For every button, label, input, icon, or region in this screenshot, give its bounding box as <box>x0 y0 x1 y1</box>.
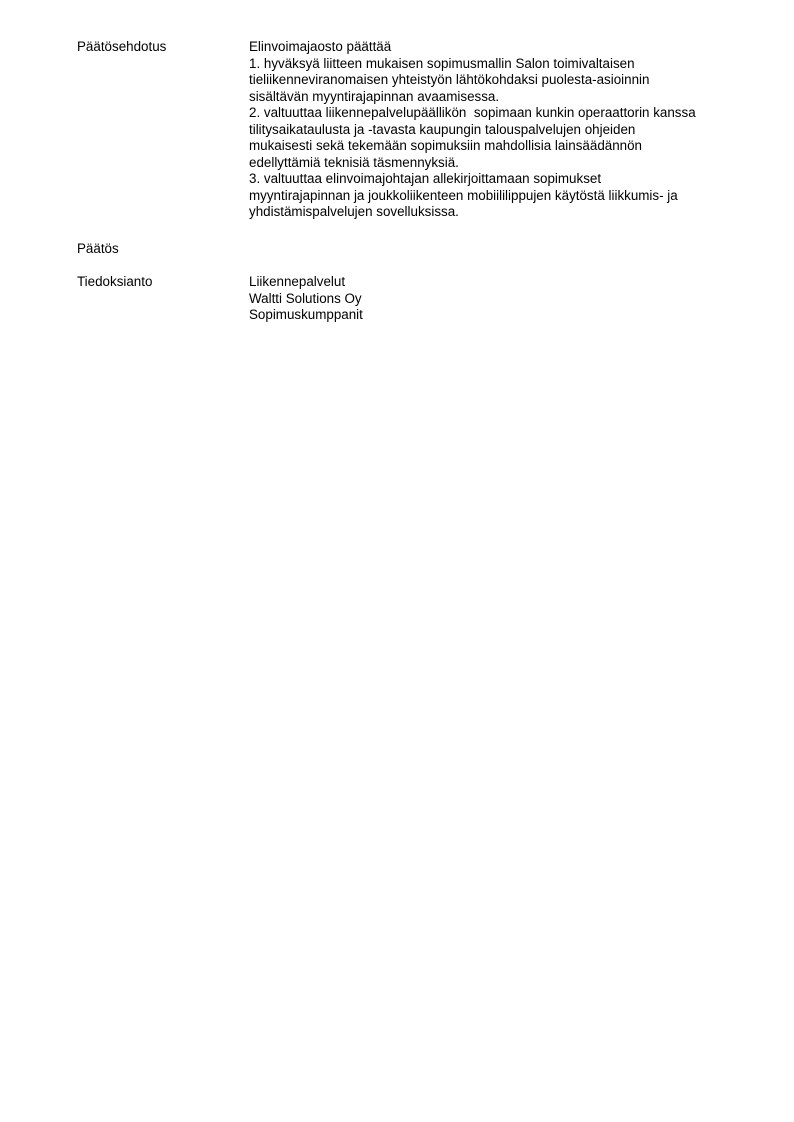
proposal-line: myyntirajapinnan ja joukkoliikenteen mob… <box>249 188 749 205</box>
proposal-line: tieliikenneviranomaisen yhteistyön lähtö… <box>249 72 749 89</box>
proposal-line: edellyttämiä teknisiä täsmennyksiä. <box>249 155 749 172</box>
section-label: Tiedoksianto <box>77 274 152 291</box>
proposal-intro: Elinvoimajaosto päättää <box>249 39 749 56</box>
proposal-line: tilitysaikataulusta ja -tavasta kaupungi… <box>249 122 749 139</box>
proposal-line: yhdistämispalvelujen sovelluksissa. <box>249 204 749 221</box>
proposal-line: 2. valtuuttaa liikennepalvelupäällikön s… <box>249 105 749 122</box>
section-label: Päätösehdotus <box>77 39 166 56</box>
recipient-line: Sopimuskumppanit <box>249 307 749 324</box>
proposal-line: sisältävän myyntirajapinnan avaamisessa. <box>249 89 749 106</box>
section-content: Liikennepalvelut Waltti Solutions Oy Sop… <box>249 274 749 324</box>
recipient-line: Waltti Solutions Oy <box>249 291 749 308</box>
section-label: Päätös <box>77 241 119 258</box>
proposal-line: 1. hyväksyä liitteen mukaisen sopimusmal… <box>249 56 749 73</box>
proposal-line: mukaisesti sekä tekemään sopimuksiin mah… <box>249 138 749 155</box>
section-content: Elinvoimajaosto päättää 1. hyväksyä liit… <box>249 39 749 221</box>
recipient-line: Liikennepalvelut <box>249 274 749 291</box>
proposal-line: 3. valtuuttaa elinvoimajohtajan allekirj… <box>249 171 749 188</box>
